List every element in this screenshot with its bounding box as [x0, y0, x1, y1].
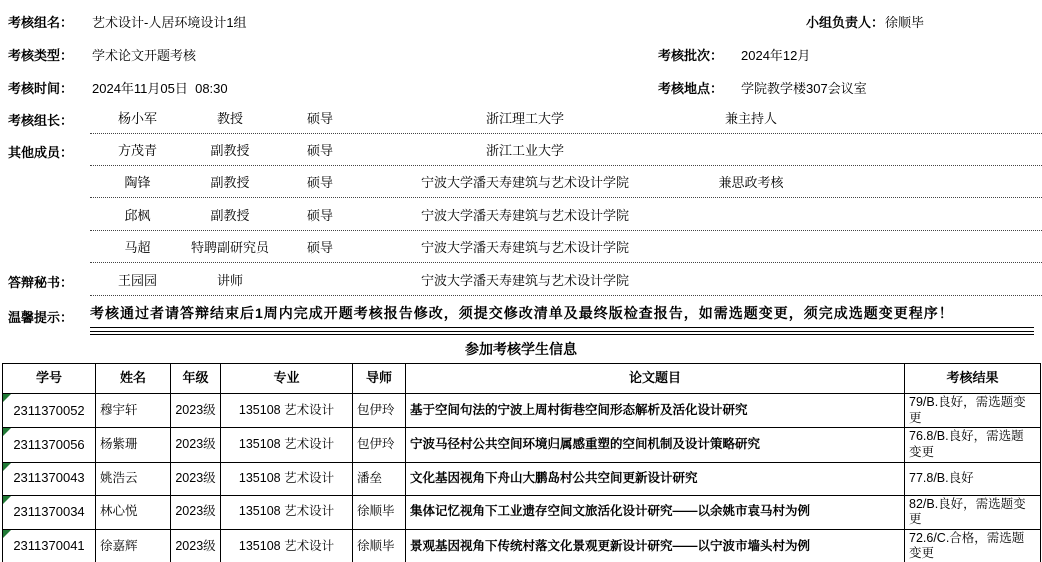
student-thesis: 景观基因视角下传统村落文化景观更新设计研究――以宁波市墙头村为例: [406, 529, 905, 562]
assess-place-value: 学院教学楼307会议室: [741, 78, 867, 97]
student-thesis: 集体记忆视角下工业遗存空间文旅活化设计研究――以余姚市袁马村为例: [406, 495, 905, 529]
student-id: 2311370043: [13, 470, 84, 485]
student-major: 135108 艺术设计: [221, 495, 353, 529]
student-name: 穆宇轩: [96, 394, 171, 428]
assess-place-label: 考核地点：: [658, 78, 723, 97]
student-name: 徐嘉辉: [96, 529, 171, 562]
student-name: 姚浩云: [96, 462, 171, 495]
member-org: 宁波大学潘天寿建筑与艺术设计学院: [365, 270, 685, 289]
member-title: 副教授: [185, 205, 275, 224]
col-header-tutor: 导师: [353, 364, 406, 394]
student-id-cell: 2311370034: [3, 495, 96, 529]
student-tutor: 潘垒: [353, 462, 406, 495]
member-tutor-type: 硕导: [275, 108, 365, 127]
assessment-report: { "colors": { "cell_flag_green": "#217a3…: [0, 0, 1042, 562]
other-members-label: 其他成员：: [8, 142, 73, 161]
committee-row: 马超 特聘副研究员 硕导 宁波大学潘天寿建筑与艺术设计学院: [90, 231, 1042, 263]
student-row: 2311370056 杨紫珊 2023级 135108 艺术设计 包伊玲 宁波马…: [3, 428, 1041, 462]
col-header-major: 专业: [221, 364, 353, 394]
student-thesis: 基于空间句法的宁波上周村街巷空间形态解析及活化设计研究: [406, 394, 905, 428]
defense-secretary-label: 答辩秘书：: [8, 272, 73, 291]
student-grade: 2023级: [171, 529, 221, 562]
student-id-cell: 2311370041: [3, 529, 96, 562]
student-grade: 2023级: [171, 428, 221, 462]
student-result: 77.8/B.良好: [905, 462, 1041, 495]
member-name: 王园园: [90, 270, 185, 289]
committee-chair-label: 考核组长：: [8, 110, 73, 129]
member-name: 马超: [90, 237, 185, 256]
students-table: 学号 姓名 年级 专业 导师 论文题目 考核结果 2311370052 穆宇轩 …: [2, 363, 1041, 562]
member-title: 教授: [185, 108, 275, 127]
student-id: 2311370056: [13, 437, 84, 452]
cell-flag-icon: [3, 530, 11, 538]
group-name-label: 考核组名：: [8, 12, 73, 31]
assess-time-label: 考核时间：: [8, 78, 73, 97]
group-name-value: 艺术设计-人居环境设计1组: [92, 12, 247, 31]
member-title: 副教授: [185, 172, 275, 191]
member-extra-role: 兼思政考核: [685, 172, 817, 191]
col-header-grade: 年级: [171, 364, 221, 394]
student-major: 135108 艺术设计: [221, 462, 353, 495]
student-grade: 2023级: [171, 495, 221, 529]
student-name: 林心悦: [96, 495, 171, 529]
col-header-result: 考核结果: [905, 364, 1041, 394]
student-tutor: 徐顺毕: [353, 529, 406, 562]
committee-row: 杨小军 教授 硕导 浙江理工大学 兼主持人: [90, 102, 1042, 134]
cell-flag-icon: [3, 463, 11, 471]
cell-flag-icon: [3, 496, 11, 504]
col-header-student-id: 学号: [3, 364, 96, 394]
group-leader-value: 徐顺毕: [885, 12, 924, 31]
assess-batch-label: 考核批次：: [658, 45, 723, 64]
assess-type-label: 考核类型：: [8, 45, 73, 64]
student-id: 2311370034: [13, 504, 84, 519]
committee-row: 方茂青 副教授 硕导 浙江工业大学: [90, 134, 1042, 166]
member-tutor-type: 硕导: [275, 172, 365, 191]
assess-batch-value: 2024年12月: [741, 45, 810, 64]
col-header-name: 姓名: [96, 364, 171, 394]
member-org: 浙江工业大学: [365, 140, 685, 159]
assess-time-value: 2024年11月05日 08:30: [92, 78, 228, 97]
student-grade: 2023级: [171, 394, 221, 428]
cell-flag-icon: [3, 428, 11, 436]
student-thesis: 宁波马径村公共空间环境归属感重塑的空间机制及设计策略研究: [406, 428, 905, 462]
student-result: 76.8/B.良好，需选题变更: [905, 428, 1041, 462]
member-tutor-type: 硕导: [275, 205, 365, 224]
member-title: 讲师: [185, 270, 275, 289]
student-name: 杨紫珊: [96, 428, 171, 462]
committee-row: 陶锋 副教授 硕导 宁波大学潘天寿建筑与艺术设计学院 兼思政考核: [90, 166, 1042, 198]
member-title: 副教授: [185, 140, 275, 159]
notice-label: 温馨提示：: [8, 307, 73, 326]
student-result: 82/B.良好，需选题变更: [905, 495, 1041, 529]
student-id-cell: 2311370052: [3, 394, 96, 428]
student-result: 79/B.良好，需选题变更: [905, 394, 1041, 428]
student-row: 2311370043 姚浩云 2023级 135108 艺术设计 潘垒 文化基因…: [3, 462, 1041, 495]
student-tutor: 包伊玲: [353, 428, 406, 462]
student-row: 2311370052 穆宇轩 2023级 135108 艺术设计 包伊玲 基于空…: [3, 394, 1041, 428]
cell-flag-icon: [3, 394, 11, 402]
student-id-cell: 2311370043: [3, 462, 96, 495]
member-tutor-type: 硕导: [275, 237, 365, 256]
member-name: 邱枫: [90, 205, 185, 224]
committee-row: 王园园 讲师 宁波大学潘天寿建筑与艺术设计学院: [90, 264, 1042, 296]
student-grade: 2023级: [171, 462, 221, 495]
student-id: 2311370052: [13, 403, 84, 418]
student-major: 135108 艺术设计: [221, 394, 353, 428]
assess-type-value: 学术论文开题考核: [92, 45, 196, 64]
col-header-thesis: 论文题目: [406, 364, 905, 394]
notice-text: 考核通过者请答辩结束后1周内完成开题考核报告修改，须提交修改清单及最终版检查报告…: [90, 299, 1034, 328]
student-result: 72.6/C.合格，需选题变更: [905, 529, 1041, 562]
student-major: 135108 艺术设计: [221, 428, 353, 462]
student-id: 2311370041: [13, 538, 84, 553]
section-divider: [90, 331, 1034, 335]
committee-row: 邱枫 副教授 硕导 宁波大学潘天寿建筑与艺术设计学院: [90, 199, 1042, 231]
member-name: 陶锋: [90, 172, 185, 191]
member-name: 杨小军: [90, 108, 185, 127]
member-tutor-type: 硕导: [275, 140, 365, 159]
member-org: 宁波大学潘天寿建筑与艺术设计学院: [365, 172, 685, 191]
member-name: 方茂青: [90, 140, 185, 159]
students-table-title: 参加考核学生信息: [2, 339, 1040, 359]
student-tutor: 包伊玲: [353, 394, 406, 428]
member-org: 宁波大学潘天寿建筑与艺术设计学院: [365, 237, 685, 256]
students-header-row: 学号 姓名 年级 专业 导师 论文题目 考核结果: [3, 364, 1041, 394]
group-leader-label: 小组负责人：: [806, 12, 884, 31]
member-title: 特聘副研究员: [185, 237, 275, 256]
student-row: 2311370034 林心悦 2023级 135108 艺术设计 徐顺毕 集体记…: [3, 495, 1041, 529]
student-row: 2311370041 徐嘉辉 2023级 135108 艺术设计 徐顺毕 景观基…: [3, 529, 1041, 562]
student-id-cell: 2311370056: [3, 428, 96, 462]
student-thesis: 文化基因视角下舟山大鹏岛村公共空间更新设计研究: [406, 462, 905, 495]
student-tutor: 徐顺毕: [353, 495, 406, 529]
member-org: 浙江理工大学: [365, 108, 685, 127]
member-extra-role: 兼主持人: [685, 108, 817, 127]
member-org: 宁波大学潘天寿建筑与艺术设计学院: [365, 205, 685, 224]
student-major: 135108 艺术设计: [221, 529, 353, 562]
